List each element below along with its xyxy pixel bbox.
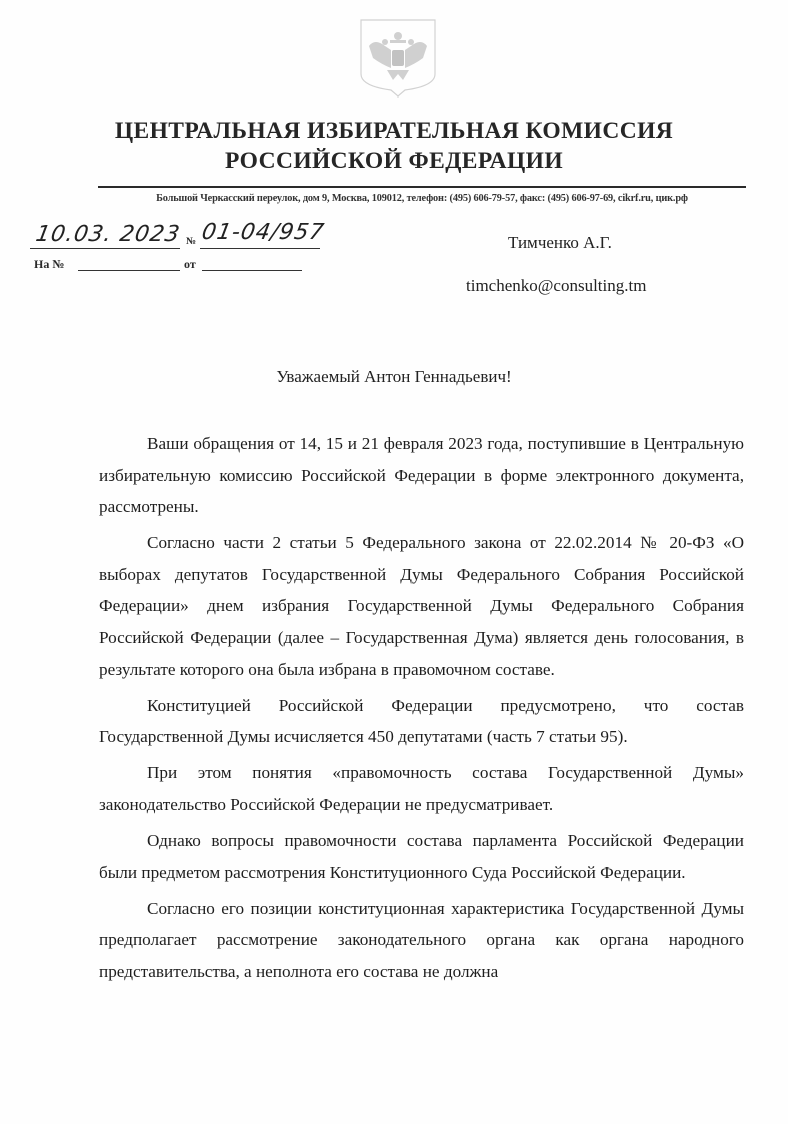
number-label: №	[186, 236, 196, 247]
number-underline	[200, 248, 320, 249]
recipient-name: Тимченко А.Г.	[508, 233, 612, 253]
from-label: от	[184, 257, 196, 272]
recipient-email: timchenko@consulting.tm	[466, 276, 646, 296]
header-divider	[98, 186, 746, 188]
organization-title: ЦЕНТРАЛЬНАЯ ИЗБИРАТЕЛЬНАЯ КОМИССИЯ РОССИ…	[0, 116, 788, 176]
date-underline	[30, 248, 180, 249]
organization-title-line2: РОССИЙСКОЙ ФЕДЕРАЦИИ	[0, 146, 788, 176]
paragraph: Согласно части 2 статьи 5 Федерального з…	[99, 527, 744, 685]
document-page: ЦЕНТРАЛЬНАЯ ИЗБИРАТЕЛЬНАЯ КОМИССИЯ РОССИ…	[0, 0, 788, 1124]
letter-body: Ваши обращения от 14, 15 и 21 февраля 20…	[99, 428, 744, 992]
handwritten-date: 10.03. 2023	[34, 222, 182, 247]
organization-title-line1: ЦЕНТРАЛЬНАЯ ИЗБИРАТЕЛЬНАЯ КОМИССИЯ	[0, 116, 788, 146]
from-underline	[202, 270, 302, 271]
reply-to-underline	[78, 270, 180, 271]
registration-block: 10.03. 2023 № 01-04/957 На № от	[30, 215, 330, 275]
paragraph: Согласно его позиции конституционная хар…	[99, 893, 744, 988]
paragraph: При этом понятия «правомочность состава …	[99, 757, 744, 820]
handwritten-number: 01-04/957	[200, 220, 327, 245]
paragraph: Ваши обращения от 14, 15 и 21 февраля 20…	[99, 428, 744, 523]
organization-address: Большой Черкасский переулок, дом 9, Моск…	[98, 193, 746, 204]
paragraph: Однако вопросы правомочности состава пар…	[99, 825, 744, 888]
salutation: Уважаемый Антон Геннадьевич!	[0, 367, 788, 387]
paragraph: Конституцией Российской Федерации предус…	[99, 690, 744, 753]
coat-of-arms-icon	[355, 16, 441, 98]
reply-to-label: На №	[34, 257, 64, 272]
